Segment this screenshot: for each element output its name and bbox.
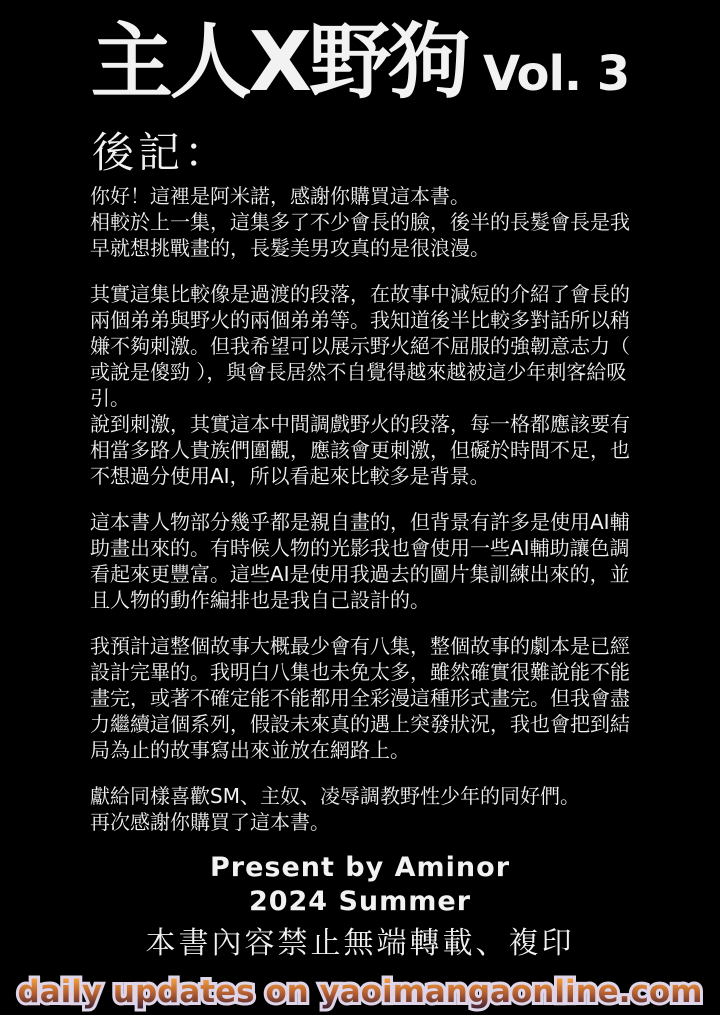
credit-line: Present by Aminor [0, 852, 720, 883]
page-title: 主人X野狗 Vol. 3 [0, 18, 720, 108]
manga-afterword-page: 主人X野狗 Vol. 3 後記： 你好！這裡是阿米諾，感謝你購買這本書。 相較於… [0, 0, 720, 1015]
copyright-notice: 本書內容禁止無端轉載、複印 [0, 918, 720, 962]
season-line: 2024 Summer [0, 886, 720, 917]
afterword-paragraph-3: 這本書人物部分幾乎都是親自畫的，但背景有許多是使用AI輔 助畫出來的。有時候人物… [90, 509, 634, 613]
title-volume-label: Vol. 3 [483, 46, 629, 102]
afterword-paragraph-5: 獻給同樣喜歡SM、主奴、凌辱調教野性少年的同好們。 再次感謝你購買了這本書。 [90, 783, 634, 835]
afterword-paragraph-4: 我預計這整個故事大概最少會有八集，整個故事的劇本是已經 設計完畢的。我明白八集也… [90, 633, 634, 763]
site-watermark: daily updates on yaoimangaonline.com dai… [0, 972, 720, 1014]
afterword-heading: 後記： [92, 120, 230, 180]
title-main-text: 主人X野狗 [91, 18, 467, 108]
afterword-body: 你好！這裡是阿米諾，感謝你購買這本書。 相較於上一集，這集多了不少會長的臉，後半… [90, 183, 634, 855]
afterword-paragraph-1: 你好！這裡是阿米諾，感謝你購買這本書。 相較於上一集，這集多了不少會長的臉，後半… [90, 183, 634, 261]
afterword-paragraph-2: 其實這集比較像是過渡的段落，在故事中減短的介紹了會長的 兩個弟弟與野火的兩個弟弟… [90, 281, 634, 489]
site-watermark-text: daily updates on yaoimangaonline.com [0, 972, 720, 1012]
